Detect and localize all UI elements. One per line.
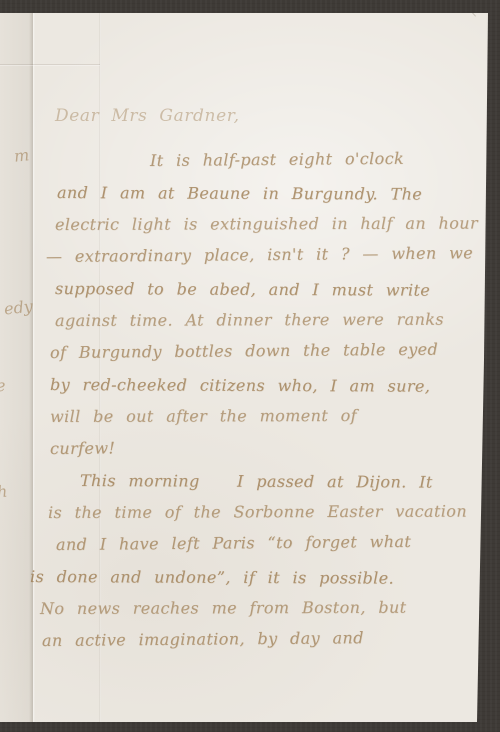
letter-line: — extraordinary place, isn't it ? — when…: [46, 237, 488, 273]
salutation: Dear Mrs Gardner,: [55, 106, 240, 126]
letter-line: against time. At dinner there were ranks: [55, 303, 488, 337]
letter-body: It is half-past eight o'clockand I am at…: [46, 145, 488, 657]
letter-line: an active imagination, by day and: [42, 621, 488, 657]
letter-line: is done and undone”, if it is possible.: [30, 561, 488, 595]
letter-line: will be out after the moment of: [50, 399, 488, 433]
letter-line: of Burgundy bottles down the table eyed: [50, 333, 488, 369]
letter-line: electric light is extinguished in half a…: [55, 207, 488, 241]
letter-line: is the time of the Sorbonne Easter vacat…: [48, 495, 488, 529]
letter-page: medyeh Dear Mrs Gardner, It is half-past…: [0, 0, 500, 732]
letter-line: curfew!: [50, 429, 488, 465]
fold-crease-left: [33, 13, 35, 722]
letter-line: by red-cheeked citizens who, I am sure,: [50, 369, 488, 403]
facing-page-strip: [0, 13, 33, 722]
letter-line: This morning I passed at Dijon. It: [80, 465, 488, 499]
photo-background: medyeh Dear Mrs Gardner, It is half-past…: [0, 0, 500, 732]
corner-fold-mark: [459, 0, 476, 17]
letter-line: No news reaches me from Boston, but: [40, 591, 488, 625]
letter-line: and I have left Paris “to forget what: [56, 525, 488, 561]
letter-line: and I am at Beaune in Burgundy. The: [57, 177, 488, 211]
letter-line: It is half-past eight o'clock: [150, 142, 488, 177]
letter-line: supposed to be abed, and I must write: [55, 273, 488, 307]
